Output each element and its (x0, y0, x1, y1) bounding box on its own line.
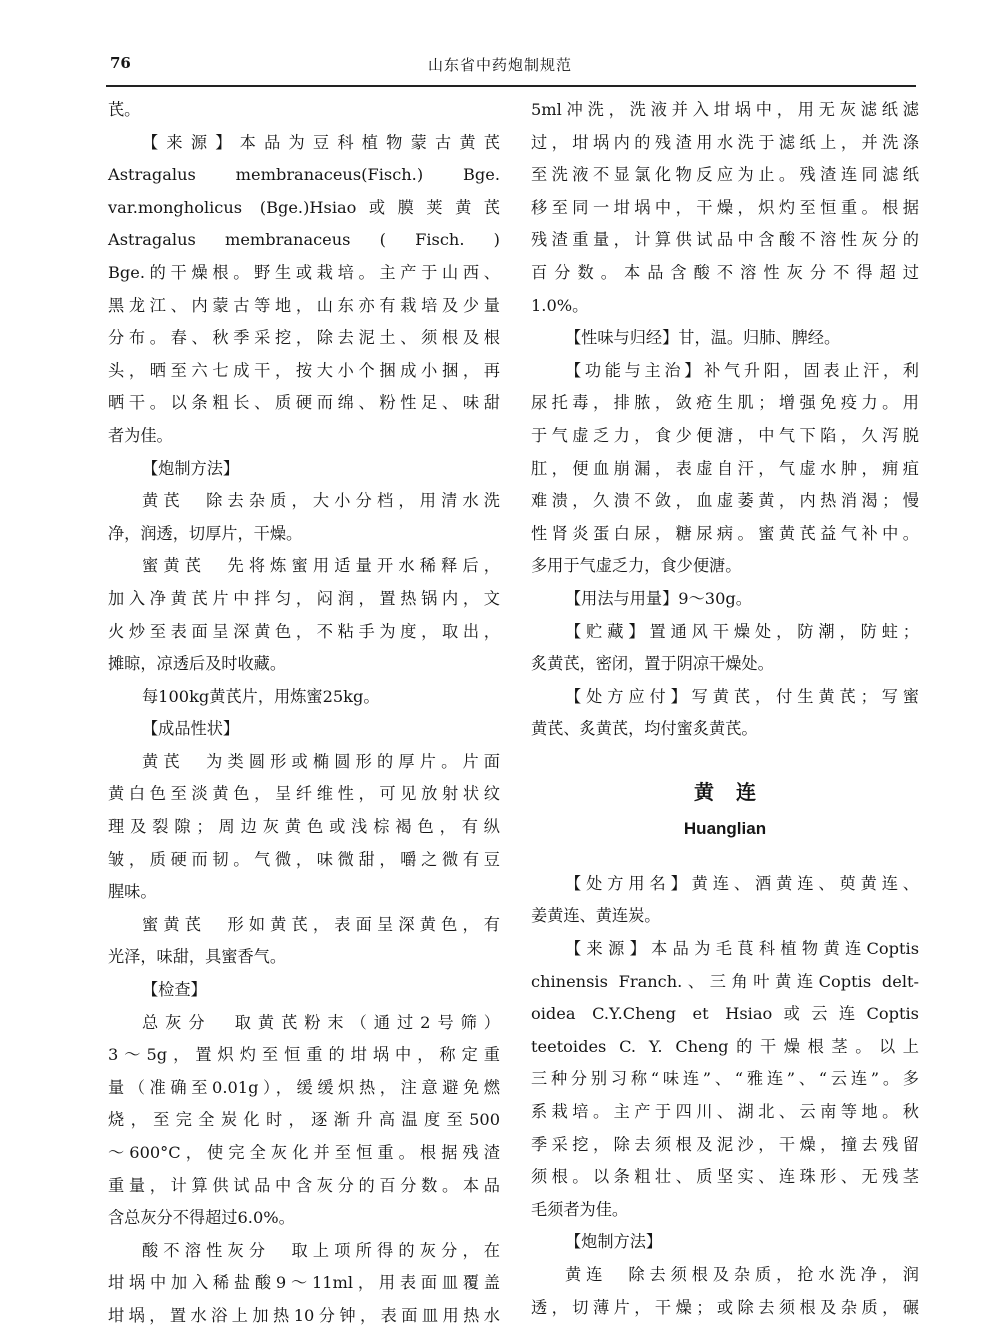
text-line: 黄芪 除去杂质，大小分档，用清水洗 (108, 485, 500, 518)
text-line: 【用法与用量】9～30g。 (531, 583, 919, 616)
text-line: 坩埚，置水浴上加热10分钟，表面皿用热水 (108, 1300, 500, 1333)
text-line: chinensis Franch.、三角叶黄连Coptis delt- (531, 966, 919, 999)
right-column: 5ml冲洗，洗液并入坩埚中，用无灰滤纸滤过，坩埚内的残渣用水洗于滤纸上，并洗涤至… (531, 94, 919, 1324)
text-line: 头，晒至六七成干，按大小个捆成小捆，再 (108, 355, 500, 388)
text-line: 【性味与归经】甘，温。归肺、脾经。 (531, 322, 919, 355)
left-column: 芪。【来源】本品为豆科植物蒙古黄芪Astragalus membranaceus… (108, 94, 500, 1333)
text-line: 3～5g，置炽灼至恒重的坩埚中，称定重 (108, 1039, 500, 1072)
text-line: 净，润透，切厚片，干燥。 (108, 518, 500, 551)
text-line: 黄白色至淡黄色，呈纤维性，可见放射状纹 (108, 778, 500, 811)
text-line: 黑龙江、内蒙古等地，山东亦有栽培及少量 (108, 290, 500, 323)
entry-title-chinese: 黄连 (531, 772, 919, 812)
text-line: 炙黄芪，密闭，置于阴凉干燥处。 (531, 648, 919, 681)
text-line: 须根。以条粗壮、质坚实、连珠形、无残茎 (531, 1161, 919, 1194)
text-line: 【来源】本品为毛茛科植物黄连Coptis (531, 933, 919, 966)
right-column-top-text: 5ml冲洗，洗液并入坩埚中，用无灰滤纸滤过，坩埚内的残渣用水洗于滤纸上，并洗涤至… (531, 94, 919, 746)
text-line: 蜜黄芪 形如黄芪，表面呈深黄色，有 (108, 909, 500, 942)
text-line: 皱，质硬而韧。气微，味微甜，嚼之微有豆 (108, 844, 500, 877)
text-line: 尿托毒，排脓，敛疮生肌；增强免疫力。用 (531, 387, 919, 420)
text-line: 于气虚乏力，食少便溏，中气下陷，久泻脱 (531, 420, 919, 453)
text-line: 理及裂隙；周边灰黄色或浅棕褐色，有纵 (108, 811, 500, 844)
text-line: 【炮制方法】 (108, 453, 500, 486)
text-line: 难溃，久溃不敛，血虚萎黄，内热消渴；慢 (531, 485, 919, 518)
text-line: 黄芪 为类圆形或椭圆形的厚片。片面 (108, 746, 500, 779)
spacer (531, 846, 919, 868)
text-line: 火炒至表面呈深黄色，不粘手为度，取出， (108, 616, 500, 649)
text-line: 【处方应付】写黄芪，付生黄芪；写蜜 (531, 681, 919, 714)
text-line: 者为佳。 (108, 420, 500, 453)
text-line: 蜜黄芪 先将炼蜜用适量开水稀释后， (108, 550, 500, 583)
spacer (531, 746, 919, 772)
text-line: 芪。 (108, 94, 500, 127)
text-line: 透，切薄片，干燥；或除去须根及杂质，碾 (531, 1292, 919, 1325)
text-line: ～600°C，使完全灰化并至恒重。根据残渣 (108, 1137, 500, 1170)
text-line: 过，坩埚内的残渣用水洗于滤纸上，并洗涤 (531, 127, 919, 160)
text-line: Astragalus membranaceus ( Fisch. ) (108, 224, 500, 257)
running-title: 山东省中药炮制规范 (428, 54, 572, 75)
text-line: 量（准确至0.01g），缓缓炽热，注意避免燃 (108, 1072, 500, 1105)
text-line: 多用于气虚乏力，食少便溏。 (531, 550, 919, 583)
right-column-bottom-text: 【处方用名】黄连、酒黄连、萸黄连、姜黄连、黄连炭。【来源】本品为毛茛科植物黄连C… (531, 868, 919, 1324)
text-line: 摊晾，凉透后及时收藏。 (108, 648, 500, 681)
text-line: 1.0%。 (531, 290, 919, 323)
text-line: teetoides C. Y. Cheng的干燥根茎。以上 (531, 1031, 919, 1064)
text-line: oidea C.Y.Cheng et Hsiao或云连Coptis (531, 998, 919, 1031)
text-line: 烧，至完全炭化时，逐渐升高温度至500 (108, 1104, 500, 1137)
text-line: 加入净黄芪片中拌匀，闷润，置热锅内，文 (108, 583, 500, 616)
text-line: Astragalus membranaceus(Fisch.) Bge. (108, 159, 500, 192)
text-line: 移至同一坩埚中，干燥，炽灼至恒重。根据 (531, 192, 919, 225)
text-line: 【贮藏】置通风干燥处，防潮，防蛀； (531, 616, 919, 649)
text-line: 至洗液不显氯化物反应为止。残渣连同滤纸 (531, 159, 919, 192)
text-line: 三种分别习称“味连”、“雅连”、“云连”。多 (531, 1063, 919, 1096)
page-number: 76 (110, 54, 131, 72)
text-line: 姜黄连、黄连炭。 (531, 900, 919, 933)
text-line: 5ml冲洗，洗液并入坩埚中，用无灰滤纸滤 (531, 94, 919, 127)
text-line: 系栽培。主产于四川、湖北、云南等地。秋 (531, 1096, 919, 1129)
text-line: 【处方用名】黄连、酒黄连、萸黄连、 (531, 868, 919, 901)
text-line: 酸不溶性灰分 取上项所得的灰分，在 (108, 1235, 500, 1268)
text-line: 【功能与主治】补气升阳，固表止汗，利 (531, 355, 919, 388)
text-line: 黄芪、炙黄芪，均付蜜炙黄芪。 (531, 713, 919, 746)
text-line: 重量，计算供试品中含灰分的百分数。本品 (108, 1170, 500, 1203)
text-line: 晒干。以条粗长、质硬而绵、粉性足、味甜 (108, 387, 500, 420)
text-line: 残渣重量，计算供试品中含酸不溶性灰分的 (531, 224, 919, 257)
text-line: Bge.的干燥根。野生或栽培。主产于山西、 (108, 257, 500, 290)
text-line: 百分数。本品含酸不溶性灰分不得超过 (531, 257, 919, 290)
text-line: 腥味。 (108, 876, 500, 909)
text-line: 光泽，味甜，具蜜香气。 (108, 941, 500, 974)
text-line: 【检查】 (108, 974, 500, 1007)
text-line: 【来源】本品为豆科植物蒙古黄芪 (108, 127, 500, 160)
text-line: 黄连 除去须根及杂质，抢水洗净，润 (531, 1259, 919, 1292)
page-header: 76 山东省中药炮制规范 (108, 54, 916, 78)
header-rule (106, 85, 916, 87)
text-line: 【成品性状】 (108, 713, 500, 746)
text-line: 毛须者为佳。 (531, 1194, 919, 1227)
entry-title-pinyin: Huanglian (531, 812, 919, 846)
text-line: 含总灰分不得超过6.0%。 (108, 1202, 500, 1235)
text-line: 每100kg黄芪片，用炼蜜25kg。 (108, 681, 500, 714)
text-line: 【炮制方法】 (531, 1226, 919, 1259)
text-line: 性肾炎蛋白尿，糖尿病。蜜黄芪益气补中。 (531, 518, 919, 551)
text-line: 季采挖，除去须根及泥沙，干燥，撞去残留 (531, 1129, 919, 1162)
text-line: 肛，便血崩漏，表虚自汗，气虚水肿，痈疽 (531, 453, 919, 486)
text-line: var.mongholicus (Bge.)Hsiao或膜荚黄芪 (108, 192, 500, 225)
text-line: 分布。春、秋季采挖，除去泥土、须根及根 (108, 322, 500, 355)
text-line: 总灰分 取黄芪粉末（通过2号筛） (108, 1007, 500, 1040)
text-line: 坩埚中加入稀盐酸9～11ml，用表面皿覆盖 (108, 1267, 500, 1300)
